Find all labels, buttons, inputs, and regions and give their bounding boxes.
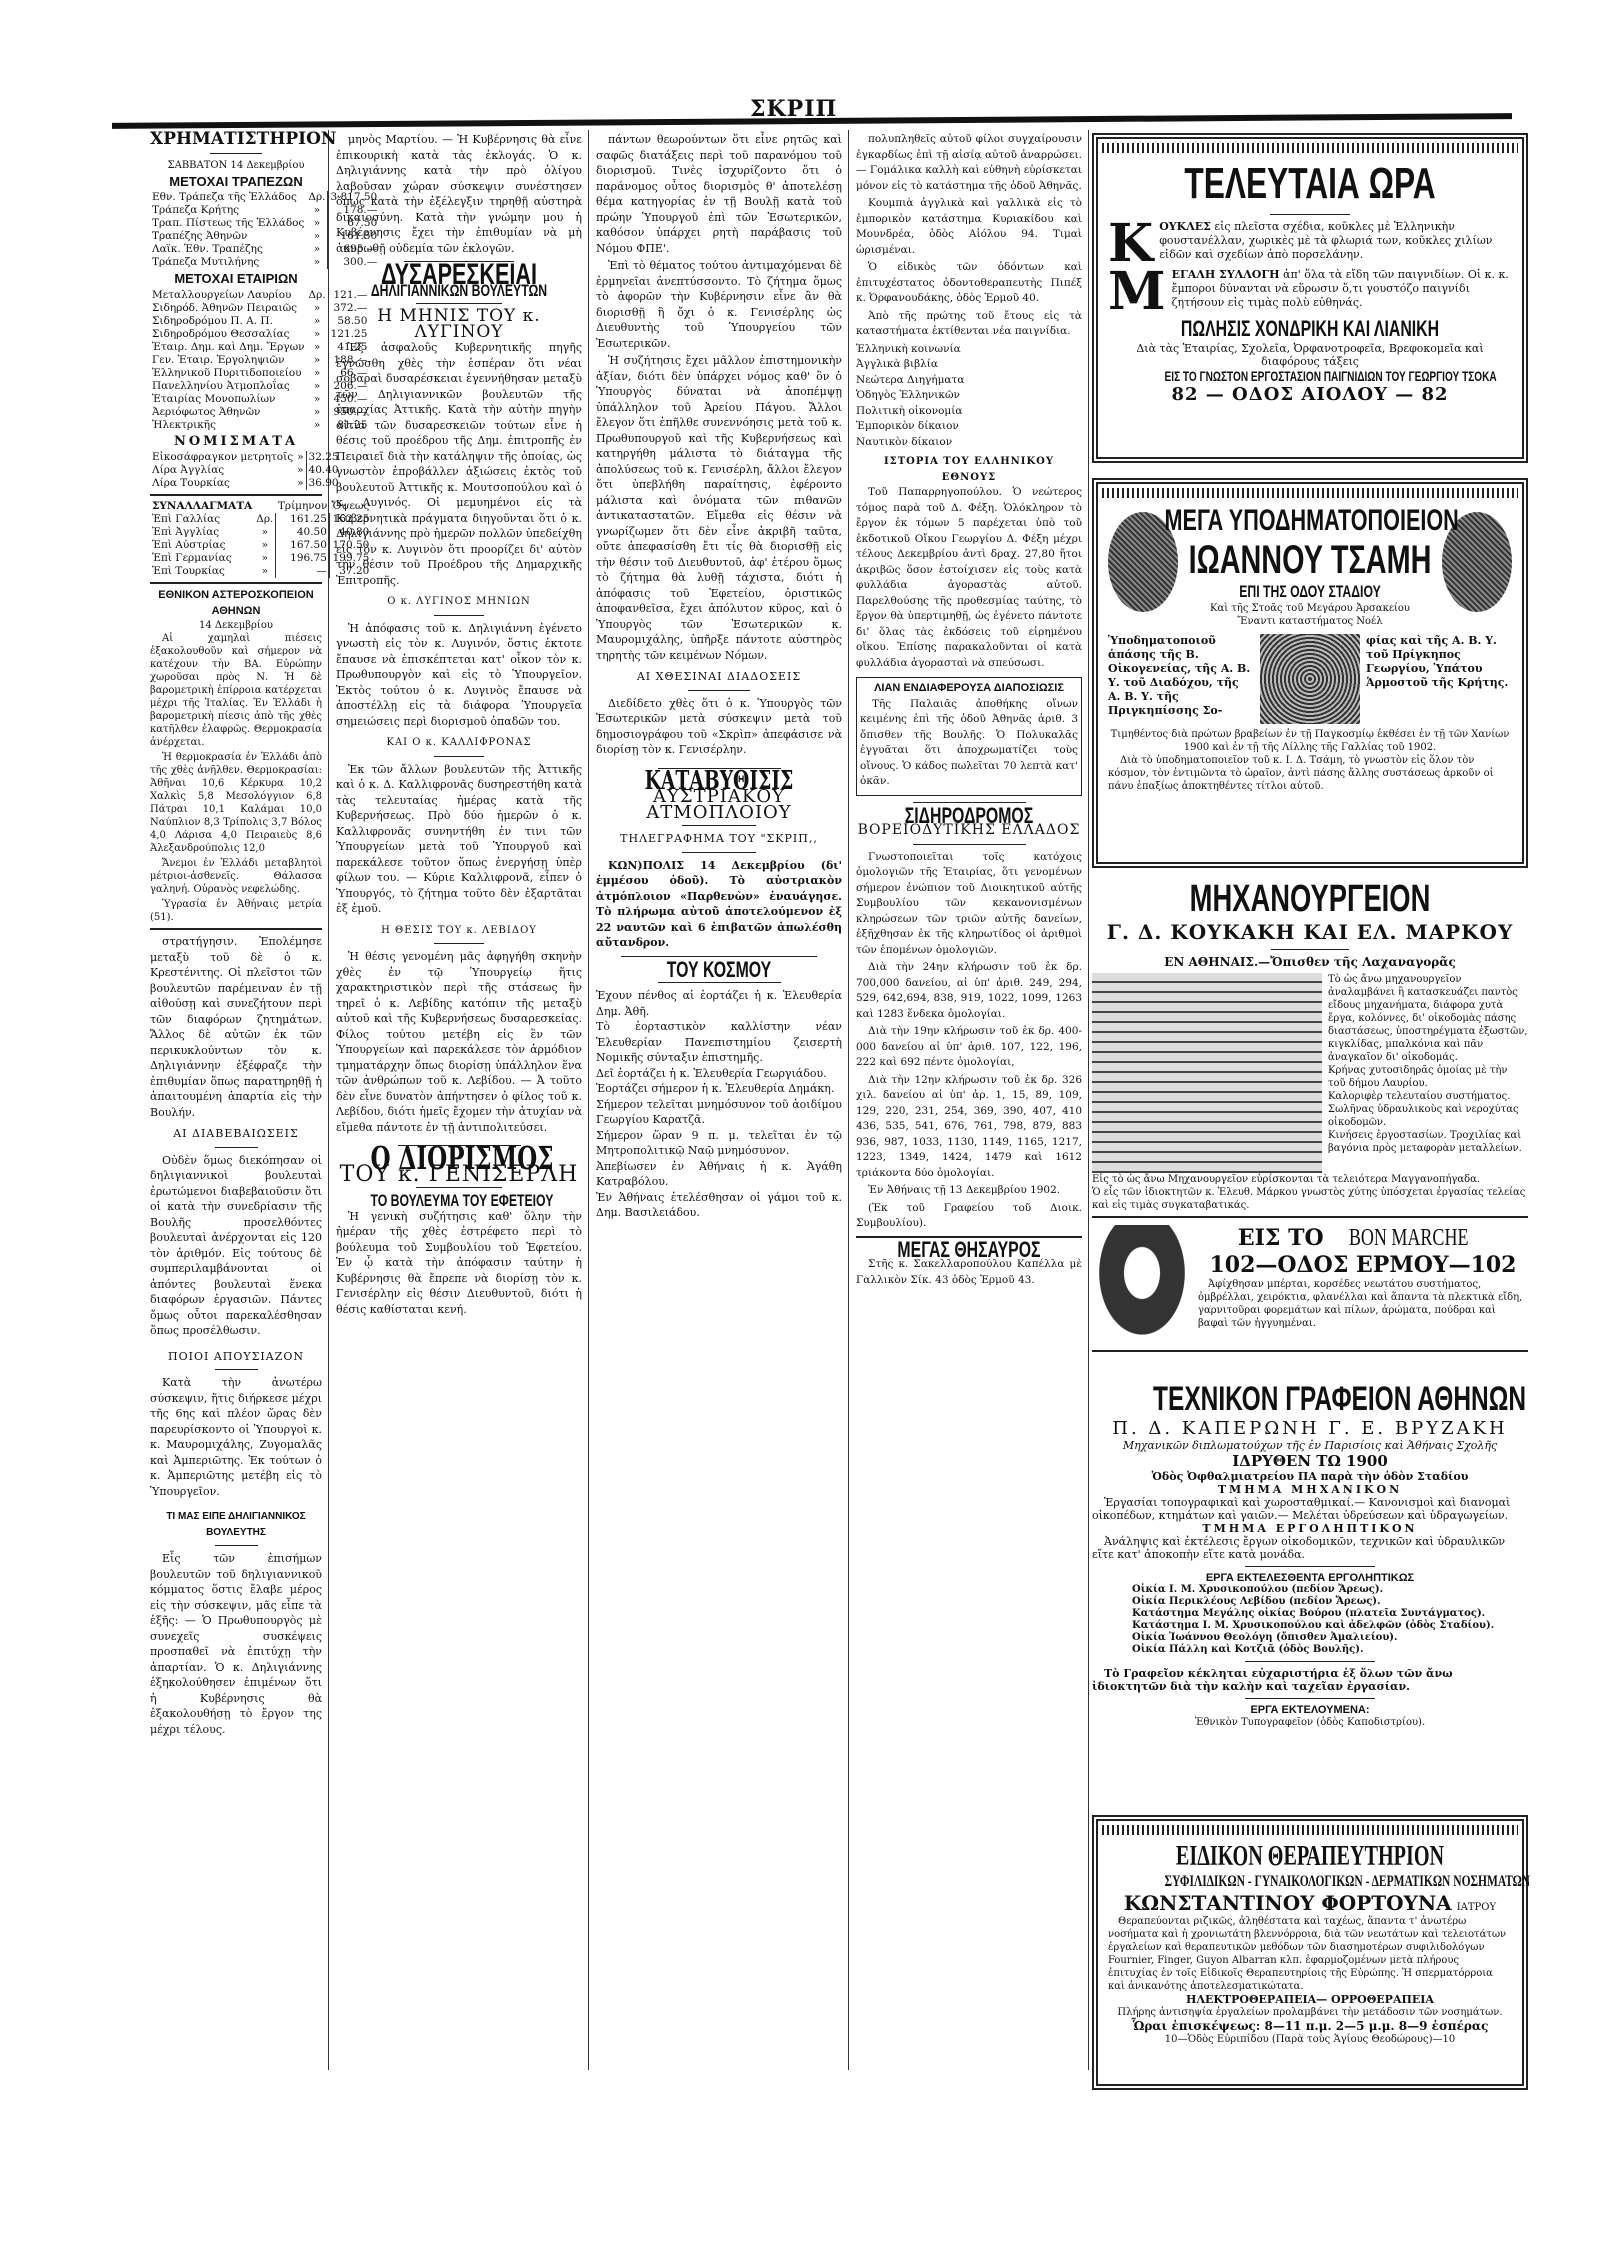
- completed-work-item: Οἰκία Πάλλη καὶ Κοτζιᾶ (ὁδὸς Βουλῆς).: [1132, 1644, 1528, 1656]
- section2-title: Ο κ. ΛΥΓΙΝΟΣ ΜΗΝΙΩΝ: [336, 594, 582, 610]
- section3-title: ΚΑΙ Ο κ. ΚΑΛΛΙΦΡΟΝΑΣ: [336, 735, 582, 751]
- column-2: μηνὸς Μαρτίου. — Ἡ Κυβέρνησις θὰ εἶνε ἐπ…: [336, 132, 582, 1319]
- book-list-item: Ἀγγλικὰ βιβλία: [856, 357, 1082, 373]
- technical-dept2-text: Ἀνάληψις καὶ ἐκτέλεσις ἔργων οἰκοδομικῶν…: [1092, 1535, 1528, 1561]
- technical-address: Ὁδὸς Ὀφθαλμιατρείου ΠΑ παρὰ τὴν ὁδὸν Στα…: [1092, 1470, 1528, 1483]
- book-list-item: Ἑλληνικὴ κοινωνία: [856, 342, 1082, 358]
- shoemaker-left-text: Ὑποδηματοποιοῦ ἁπάσης τῆς Β. Οἰκογενείας…: [1108, 634, 1254, 724]
- railway-draw-1: Διὰ τὴν 24ην κλήρωσιν τοῦ ἐκ δρ. 700,000…: [856, 960, 1082, 1022]
- section3-text: Ἐκ τῶν ἄλλων βουλευτῶν τῆς Ἀττικῆς καὶ ὁ…: [336, 762, 582, 917]
- diorismos-headline: Ο ΔΙΟΡΙΣΜΟΣ: [370, 1151, 547, 1167]
- technical-headline: ΤΕΧΝΙΚΟΝ ΓΡΑΦΕΙΟΝ ΑΘΗΝΩΝ: [1153, 1380, 1467, 1418]
- company-shares-heading: ΜΕΤΟΧΑΙ ΕΤΑΙΡΙΩΝ: [150, 271, 322, 287]
- society-item: Ἑορτάζει σήμερον ἡ κ. Ἐλευθερία Δημάκη.: [596, 1081, 842, 1097]
- society-item: Σήμερον ὥραν 9 π. μ. τελεῖται ἐν τῷ Μητρ…: [596, 1128, 842, 1159]
- shoemaker-footer: Διὰ τὸ ὑποδηματοποιεῖον τοῦ κ. Ι. Δ. Τσά…: [1108, 754, 1512, 793]
- clinic-doctor: ΚΩΝΣΤΑΝΤΙΝΟΥ ΦΟΡΤΟΥΝΑ: [1124, 1891, 1452, 1915]
- clinic-text: Θεραπεύονται ριζικῶς, ἀληθέστατα καὶ ταχ…: [1108, 1915, 1512, 1993]
- observatory-section: ΕΘΝΙΚΟΝ ΑΣΤΕΡΟΣΚΟΠΕΙΟΝ ΑΘΗΝΩΝ 14 Δεκεμβρ…: [150, 588, 322, 924]
- clinic-equip: Πλήρης ἀντισηψία ἐργαλείων προλαμβάνει τ…: [1108, 2006, 1512, 2019]
- technical-dept1: ΤΜΗΜΑ ΜΗΧΑΝΙΚΟΝ: [1092, 1483, 1528, 1496]
- shoemaker-right-text: φίας καὶ τῆς Α. Β. Υ. τοῦ Πρίγκηπος Γεωρ…: [1366, 634, 1512, 724]
- column-divider: [588, 130, 589, 2070]
- wine-text: Τῆς Παλαιᾶς ἀποθήκης οἴνων κειμένης ἐπὶ …: [860, 697, 1078, 790]
- section1-title: Η ΜΗΝΙΣ ΤΟΥ κ. ΛΥΓΙΝΟΥ: [336, 309, 582, 340]
- observatory-humidity: Ὑγρασία ἐν Ἀθήναις μετρία (51).: [150, 898, 322, 924]
- technical-partners: Π. Δ. ΚΑΠΕΡΩΝΗ Γ. Ε. ΒΡΥΖΑΚΗ: [1092, 1418, 1528, 1439]
- toys-paragraph-2: Μ ΕΓΑΛΗ ΣΥΛΛΟΓΗ ἀπ' ὅλα τὰ εἴδη τῶν παιγ…: [1108, 268, 1512, 310]
- shoemaker-name: ΙΩΑΝΝΟΥ ΤΣΑΜΗ: [1165, 538, 1456, 582]
- treasure-headline: ΜΕΓΑΣ ΘΗΣΑΥΡΟΣ: [888, 1242, 1051, 1258]
- observatory-date: 14 Δεκεμβρίου: [150, 619, 322, 632]
- book-list-item: Πολιτικὴ οἰκονομία: [856, 404, 1082, 420]
- history-heading: ΙΣΤΟΡΙΑ ΤΟΥ ΕΛΛΗΝΙΚΟΥ ΕΘΝΟΥΣ: [856, 454, 1082, 485]
- foundry-location: ΕΝ ΑΘΗΝΑΙΣ.—Ὄπισθεν τῆς Λαχαναγορᾶς: [1092, 955, 1528, 969]
- exchange-heading: ΧΡΗΜΑΤΙΣΤΗΡΙΟΝ: [150, 132, 322, 148]
- foundry-footer-1: Εἰς τὸ ὡς ἄνω Μηχανουργεῖον εὑρίσκονται …: [1092, 1173, 1528, 1186]
- col3-mid-text: Ἐπὶ τὸ θέματος τούτου ἀντιμαχόμεναι δὲ ἐ…: [596, 258, 842, 351]
- treasure-text: Στῆς κ. Σακελλαροπούλου Καπέλλα μὲ Γαλλι…: [856, 1257, 1082, 1288]
- shoemaker-line1: ΜΕΓΑ ΥΠΟΔΗΜΑΤΟΠΟΙΕΙΟΝ: [1165, 504, 1456, 538]
- bon-marche-text: Ἀφίχθησαν μπέρται, κορσέδες νεωτάτου συσ…: [1198, 1278, 1528, 1330]
- poioi-heading: ΠΟΙΟΙ ΑΠΟΥΣΙΑΖΟΝ: [150, 1349, 322, 1365]
- completed-work-item: Οἰκία Ἰωάννου Θεολόγη (ὄπισθεν Ἀμαλιείου…: [1132, 1632, 1528, 1644]
- completed-work-item: Οἰκία Ι. Μ. Χρυσικοπούλου (πεδίον Ἄρεως)…: [1132, 1584, 1528, 1596]
- railway-draw-3: Διὰ τὴν 12ην κλήρωσιν τοῦ ἐκ δρ. 326 χιλ…: [856, 1073, 1082, 1182]
- ad-toys: ΤΕΛΕΥΤΑΙΑ ΩΡΑ Κ ΟΥΚΛΕΣ εἰς πλεῖστα σχέδι…: [1092, 133, 1528, 463]
- technical-done-heading: ΕΡΓΑ ΕΚΤΕΛΕΣΘΕΝΤΑ ΕΡΓΟΛΗΠΤΙΚΩΣ: [1092, 1572, 1528, 1584]
- ad-technical-office: ΤΕΧΝΙΚΟΝ ΓΡΑΦΕΙΟΝ ΑΘΗΝΩΝ Π. Δ. ΚΑΠΕΡΩΝΗ …: [1092, 1380, 1528, 1729]
- bon-marche-address: 102—ΟΔΟΣ ΕΡΜΟΥ—102: [1198, 1252, 1528, 1278]
- machine-illustration: [1092, 973, 1322, 1173]
- foundry-item: Σωλῆνας ὑδραυλικοὺς καὶ νεροχύτας οἰκοδο…: [1328, 1103, 1528, 1129]
- section1-text: Ἐξ ἀσφαλοῦς Κυβερνητικῆς πηγῆς ἐγνώσθη χ…: [336, 340, 582, 588]
- toys-factory: ΕΙΣ ΤΟ ΓΝΩΣΤΟΝ ΕΡΓΟΣΤΑΣΙΟΝ ΠΑΙΓΝΙΔΙΩΝ ΤΟ…: [1165, 368, 1456, 384]
- foundry-text: Τὸ ὡς ἄνω μηχανουργεῖον ἀναλαμβάνει ἢ κα…: [1328, 973, 1528, 1064]
- book-list-item: Ὁδηγὸς Ἑλληνικῶν: [856, 388, 1082, 404]
- fx-heading: ΣΥΝΑΛΛΑΓΜΑΤΑ: [150, 500, 254, 513]
- col4-gifts: Ἀπὸ τῆς πρώτης τοῦ ἔτους εἰς τὰ καταστήμ…: [856, 309, 1082, 340]
- society-item: Ἀπεβίωσεν ἐν Ἀθήναις ἡ κ. Ἀγάθη Κατραβόλ…: [596, 1159, 842, 1190]
- technical-ongoing-heading: ΕΡΓΑ ΕΚΤΕΛΟΥΜΕΝΑ:: [1092, 1704, 1528, 1716]
- toys-address: 82 — ΟΔΟΣ ΑΙΟΛΟΥ — 82: [1108, 384, 1512, 405]
- col4-dentist: Ὁ εἰδικὸς τῶν ὀδόντων καὶ ἐπιτυχέστατος …: [856, 260, 1082, 307]
- royal-coat-of-arms-icon: [1260, 634, 1360, 724]
- shoemaker-street: ΕΠΙ ΤΗΣ ΟΔΟΥ ΣΤΑΔΙΟΥ: [1165, 582, 1456, 602]
- technical-dept1-text: Ἐργασίαι τοπογραφικαὶ καὶ χωροσταθμικαί.…: [1092, 1496, 1528, 1522]
- book-list-item: Ναυτικὸν δίκαιον: [856, 435, 1082, 451]
- col4-shop-text: Κουμπιὰ ἀγγλικὰ καὶ γαλλικὰ εἰς τὸ ἐμπορ…: [856, 196, 1082, 258]
- observatory-text: Αἱ χαμηλαὶ πιέσεις ἐξακολουθοῦν καὶ σήμε…: [150, 632, 322, 749]
- railway-signed-by: (Ἐκ τοῦ Γραφείου τοῦ Διοικ. Συμβουλίου).: [856, 1201, 1082, 1232]
- foundry-headline: ΜΗΧΑΝΟΥΡΓΕΙΟΝ: [1153, 878, 1467, 920]
- technical-done-list: Οἰκία Ι. Μ. Χρυσικοπούλου (πεδίον Ἄρεως)…: [1092, 1584, 1528, 1656]
- foundry-item: Καλοριφὲρ τελευταίου συστήματος.: [1328, 1090, 1528, 1103]
- currency-row: Λίρα Ἀγγλίας»40.40: [150, 464, 341, 477]
- ad-foundry: ΜΗΧΑΝΟΥΡΓΕΙΟΝ Γ. Δ. ΚΟΥΚΑΚΗ ΚΑΙ ΕΛ. ΜΑΡΚ…: [1092, 878, 1528, 1222]
- society-item: Τὸ ἑορταστικὸν καλλίστην νέαν Ἐλευθερίαν…: [596, 1019, 842, 1066]
- currency-row: Λίρα Τουρκίας»36.90: [150, 477, 341, 490]
- xthesinai-text: Διεδίδετο χθὲς ὅτι ὁ κ. Ὑπουργὸς τῶν Ἐσω…: [596, 696, 842, 758]
- completed-work-item: Κατάστημα Ι. Μ. Χρυσικοπούλου καὶ ἀδελφῶ…: [1132, 1620, 1528, 1632]
- telegram-heading: ΤΗΛΕΓΡΑΦΗΜΑ ΤΟΥ "ΣΚΡΙΠ,,: [596, 831, 842, 847]
- xthesinai-heading: ΑΙ ΧΘΕΣΙΝΑΙ ΔΙΑΔΟΣΕΙΣ: [596, 669, 842, 685]
- masthead: ΣΚΡΙΠ: [0, 0, 1600, 140]
- column-divider: [1088, 130, 1089, 2070]
- book-list-item: Ἐμπορικὸν δίκαιον: [856, 419, 1082, 435]
- dysareskeiai-subheadline: ΔΗΛΙΓΙΑΝΝΙΚΩΝ ΒΟΥΛΕΥΤΩΝ: [370, 283, 547, 299]
- foundry-item: Κινήσεις ἐργοστασίων. Τροχιλίας καὶ βαγό…: [1328, 1129, 1528, 1155]
- column-1: ΧΡΗΜΑΤΙΣΤΗΡΙΟΝ ΣΑΒΒΑΤΟΝ 14 Δεκεμβρίου ΜΕ…: [150, 132, 322, 1739]
- book-list: Ἑλληνικὴ κοινωνίαἈγγλικὰ βιβλίαΝεώτερα Δ…: [856, 342, 1082, 451]
- shoemaker-arcade: Καὶ τῆς Στοᾶς τοῦ Μεγάρου Ἀρσακείου: [1108, 602, 1512, 615]
- ti-mas-eipe-text: Εἷς τῶν ἐπισήμων βουλευτῶν τοῦ δηλιγιανν…: [150, 1551, 322, 1737]
- article-continuation: στρατήγησιν. Ἐπολέμησε μεταξὺ τοῦ δὲ ὁ κ…: [150, 934, 322, 1120]
- railway-headline: ΣΙΔΗΡΟΔΡΟΜΟΣ: [888, 808, 1051, 824]
- section2-text: Ἡ ἀπόφασις τοῦ κ. Δηλιγιάννη ἐγένετο γνω…: [336, 621, 582, 730]
- railway-intro: Γνωστοποιεῖται τοῖς κατόχοις ὁμολογιῶν τ…: [856, 850, 1082, 959]
- history-text: Τοῦ Παπαρρηγοπούλου. Ὁ νεώτερος τόμος πα…: [856, 485, 1082, 671]
- technical-founded: ΙΔΡΥΘΕΝ ΤΩ 1900: [1092, 1452, 1528, 1470]
- clinic-address: 10—Ὁδὸς Εὐριπίδου (Παρὰ τοὺς Ἁγίους Θεοδ…: [1108, 2033, 1512, 2046]
- society-item: Δεῖ ἑορτάζει ἡ κ. Ἐλευθερία Γεωργιάδου.: [596, 1066, 842, 1082]
- column-4: πολυπληθεῖς αὐτοῦ φίλοι συγχαίρουσιν ἐγκ…: [856, 132, 1082, 1290]
- clinic-electro: ΗΛΕΚΤΡΟΘΕΡΑΠΕΙΑ— ΟΡΡΟΘΕΡΑΠΕΙΑ: [1108, 1993, 1512, 2006]
- foundry-details: Τὸ ὡς ἄνω μηχανουργεῖον ἀναλαμβάνει ἢ κα…: [1328, 973, 1528, 1173]
- clinic-hours: Ὧραι ἐπισκέψεως: 8—11 π.μ. 2—5 μ.μ. 8—9 …: [1108, 2019, 1512, 2033]
- section4-text: Ἡ θέσις γενομένη μᾶς ἀφηγήθη σκηνὴν χθὲς…: [336, 949, 582, 1135]
- currency-table: Εἰκοσάφραγκον μετρητοῖς»32.25Λίρα Ἀγγλία…: [150, 451, 341, 490]
- observatory-forecast: Ἄνεμοι ἐν Ἑλλάδι μεταβλητοὶ μέτριοι-ἀσθε…: [150, 857, 322, 896]
- completed-work-item: Κατάστημα Μεγάλης οἰκίας Βούρου (πλατεῖα…: [1132, 1608, 1528, 1620]
- currency-row: Εἰκοσάφραγκον μετρητοῖς»32.25: [150, 451, 341, 464]
- society-item: Ἐχουν πένθος αἱ ἑορτάζει ἡ κ. Ἑλευθερία …: [596, 988, 842, 1019]
- shoemaker-honored: Τιμηθέντος διὰ πρώτων βραβείων ἐν τῇ Παγ…: [1108, 728, 1512, 754]
- bon-marche-name: BON MARCHE: [1349, 1225, 1469, 1252]
- foundry-owners: Γ. Δ. ΚΟΥΚΑΚΗ ΚΑΙ ΕΛ. ΜΑΡΚΟΥ: [1092, 920, 1528, 944]
- shoemaker-opposite: Ἔναντι καταστήματος Νοέλ: [1108, 615, 1512, 628]
- toys-for: Διὰ τὰς Ἑταιρίας, Σχολεῖα, Ὀρφανοτροφεῖα…: [1108, 342, 1512, 368]
- technical-ongoing: Ἐθνικὸν Τυπογραφεῖον (ὁδὸς Καποδιστρίου)…: [1092, 1716, 1528, 1729]
- katavythisis-headline: ΚΑΤΑΒΥΘΙΣΙΣ: [630, 774, 807, 790]
- column-3: πάντων θεωρούντων ὅτι εἶνε ρητῶς καὶ σαφ…: [596, 132, 842, 1221]
- bearded-man-portrait: [1092, 1225, 1192, 1345]
- toys-headline: ΤΕΛΕΥΤΑΙΑ ΩΡΑ: [1165, 159, 1456, 209]
- col2-top-text: μηνὸς Μαρτίου. — Ἡ Κυβέρνησις θὰ εἶνε ἐπ…: [336, 132, 582, 256]
- technical-thanks: Τὸ Γραφεῖον κέκληται εὐχαριστήρια ἐξ ὅλω…: [1092, 1667, 1528, 1693]
- clinic-headline: ΕΙΔΙΚΟΝ ΘΕΡΑΠΕΥΤΗΡΙΟΝ: [1165, 1841, 1456, 1873]
- col3-top-text: πάντων θεωρούντων ὅτι εἶνε ρητῶς καὶ σαφ…: [596, 132, 842, 256]
- ad-shoemaker: ΜΕΓΑ ΥΠΟΔΗΜΑΤΟΠΟΙΕΙΟΝ ΙΩΑΝΝΟΥ ΤΣΑΜΗ ΕΠΙ …: [1092, 478, 1528, 868]
- column-divider: [848, 130, 849, 2070]
- observatory-readings: Ἡ θερμοκρασία ἐν Ἑλλάδι ἀπὸ τῆς χθὲς ἀνῆ…: [150, 751, 322, 855]
- fx-col-three-month: Τρίμηνον: [276, 500, 330, 513]
- diavevaioseis-heading: ΑΙ ΔΙΑΒΕΒΑΙΩΣΕΙΣ: [150, 1126, 322, 1142]
- technical-dept2: ΤΜΗΜΑ ΕΡΓΟΛΗΠΤΙΚΟΝ: [1092, 1522, 1528, 1535]
- col3-text2: Ἡ συζήτησις ἔχει μᾶλλον ἐπιστημονικὴν ἀξ…: [596, 353, 842, 663]
- technical-desc: Μηχανικῶν διπλωματούχων τῆς ἐν Παρισίοις…: [1092, 1439, 1528, 1452]
- tou-kosmou-headline: ΤΟΥ ΚΟΣΜΟΥ: [630, 962, 807, 978]
- tou-kosmou-list: Ἐχουν πένθος αἱ ἑορτάζει ἡ κ. Ἑλευθερία …: [596, 988, 842, 1221]
- ad-clinic: ΕΙΔΙΚΟΝ ΘΕΡΑΠΕΥΤΗΡΙΟΝ ΣΥΦΙΛΙΔΙΚΩΝ - ΓΥΝΑ…: [1092, 1815, 1528, 2090]
- book-list-item: Νεώτερα Διηγήματα: [856, 373, 1082, 389]
- poioi-text: Κατὰ τὴν ἀνωτέρω σύσκεψιν, ἥτις διήρκεσε…: [150, 1375, 322, 1499]
- society-item: Ἐν Ἀθήναις ἐτελέσθησαν οἱ γάμοι τοῦ κ. Δ…: [596, 1190, 842, 1221]
- ad-bon-marche: ΕΙΣ ΤΟ BON MARCHE 102—ΟΔΟΣ ΕΡΜΟΥ—102 Ἀφί…: [1092, 1225, 1528, 1352]
- diorismos-section-title: ΤΟ ΒΟΥΛΕΥΜΑ ΤΟΥ ΕΦΕΤΕΙΟΥ: [370, 1193, 547, 1209]
- toys-sale: ΠΩΛΗΣΙΣ ΧΟΝΔΡΙΚΗ ΚΑΙ ΛΙΑΝΙΚΗ: [1165, 316, 1456, 342]
- toys-paragraph-1: Κ ΟΥΚΛΕΣ εἰς πλεῖστα σχέδια, κοῦκλες μὲ …: [1108, 220, 1512, 262]
- observatory-heading: ΕΘΝΙΚΟΝ ΑΣΤΕΡΟΣΚΟΠΕΙΟΝ ΑΘΗΝΩΝ: [150, 588, 322, 619]
- railway-signed-place: Ἐν Ἀθήναις τῇ 13 Δεκεμβρίου 1902.: [856, 1183, 1082, 1199]
- section4-title: Η ΘΕΣΙΣ ΤΟΥ κ. ΛΕΒΙΔΟΥ: [336, 923, 582, 939]
- currency-heading: ΝΟΜΙΣΜΑΤΑ: [150, 434, 322, 450]
- wine-heading: ΛΙΑΝ ΕΝΔΙΑΦΕΡΟΥΣΑ ΔΙΑΠΟΣΙΩΣΙΣ: [860, 681, 1078, 697]
- diavevaioseis-text: Οὐδὲν ὅμως διεκόπησαν οἱ δηλιγιαννικοὶ β…: [150, 1153, 322, 1339]
- col4-top-text: πολυπληθεῖς αὐτοῦ φίλοι συγχαίρουσιν ἐγκ…: [856, 132, 1082, 194]
- bank-shares-heading: ΜΕΤΟΧΑΙ ΤΡΑΠΕΖΩΝ: [150, 174, 322, 190]
- society-item: Σήμερον τελεῖται μνημόσυνον τοῦ ἀοιδίμου…: [596, 1097, 842, 1128]
- foundry-item: Κρήνας χυτοσιδηρᾶς ὁμοίας μὲ τὴν τοῦ δήμ…: [1328, 1064, 1528, 1090]
- clinic-sub: ΣΥΦΙΛΙΔΙΚΩΝ - ΓΥΝΑΙΚΟΛΟΓΙΚΩΝ - ΔΕΡΜΑΤΙΚΩ…: [1165, 1873, 1456, 1891]
- exchange-date: ΣΑΒΒΑΤΟΝ 14 Δεκεμβρίου: [150, 159, 322, 172]
- exchange-section: ΧΡΗΜΑΤΙΣΤΗΡΙΟΝ ΣΑΒΒΑΤΟΝ 14 Δεκεμβρίου ΜΕ…: [150, 132, 322, 584]
- completed-work-item: Οἰκία Περικλέους Λεβίδου (πεδίον Ἄρεως).: [1132, 1596, 1528, 1608]
- wine-notice: ΛΙΑΝ ΕΝΔΙΑΦΕΡΟΥΣΑ ΔΙΑΠΟΣΙΩΣΙΣ Τῆς Παλαιᾶ…: [856, 677, 1082, 796]
- bon-marche-prefix: ΕΙΣ ΤΟ: [1238, 1225, 1324, 1251]
- diorismos-text: Ἡ γενικὴ συζήτησις καθ' ὅλην τὴν ἡμέραν …: [336, 1209, 582, 1318]
- foundry-footer-2: Ὁ εἷς τῶν ἰδιοκτητῶν κ. Ἐλευθ. Μάρκου γν…: [1092, 1186, 1528, 1212]
- katavythisis-text: ΚΩΝ)ΠΟΛΙΣ 14 Δεκεμβρίου (δι' ἐμμέσου ὁδο…: [596, 858, 842, 951]
- clinic-doctor-title: ΙΑΤΡΟΥ: [1457, 1902, 1496, 1913]
- ti-mas-eipe-heading: ΤΙ ΜΑΣ ΕΙΠΕ ΔΗΛΙΓΙΑΝΝΙΚΟΣ ΒΟΥΛΕΥΤΗΣ: [150, 1509, 322, 1540]
- railway-draw-2: Διὰ τὴν 19ην κλήρωσιν τοῦ ἐκ δρ. 400-000…: [856, 1024, 1082, 1071]
- drop-cap: Μ: [1108, 268, 1166, 316]
